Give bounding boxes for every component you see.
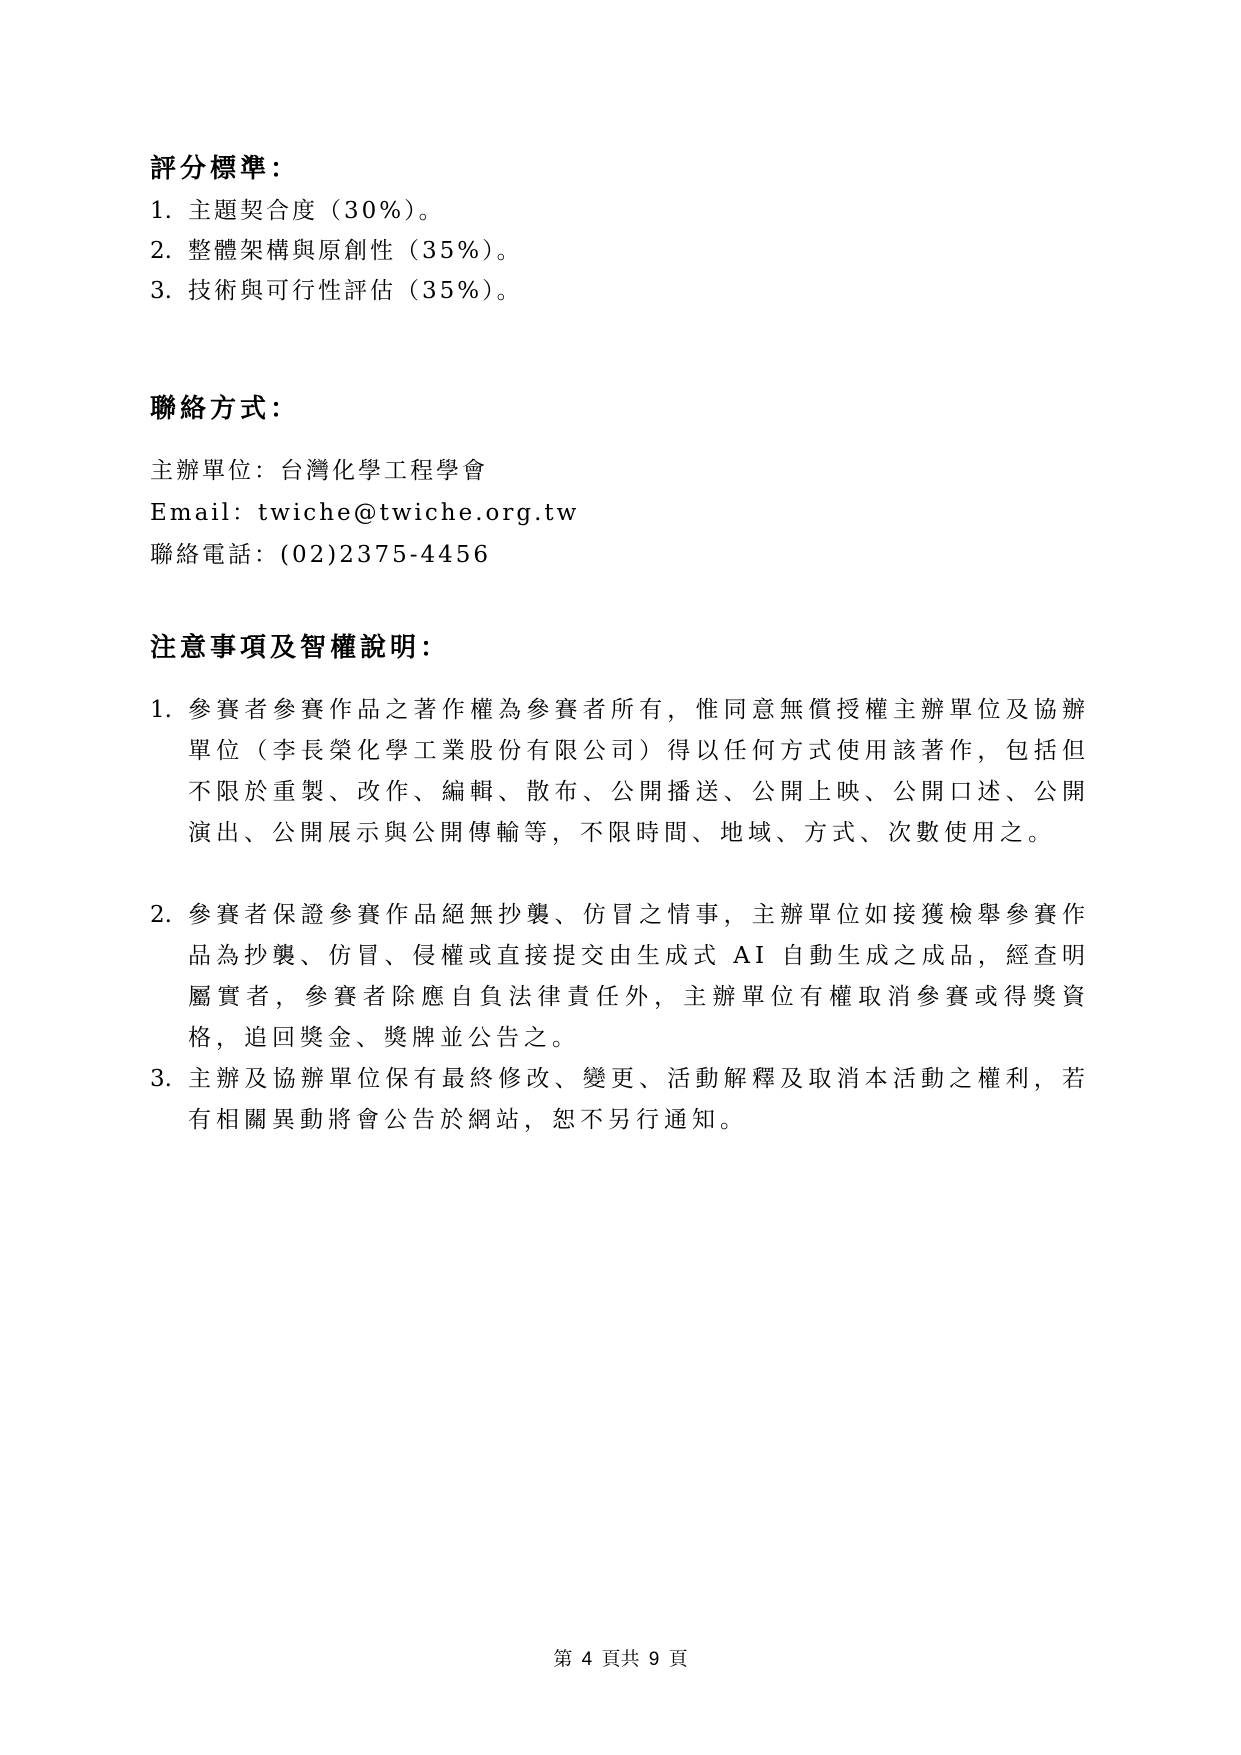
list-number: 3.: [150, 1059, 172, 1100]
list-text: 參賽者保證參賽作品絕無抄襲、仿冒之情事，主辦單位如接獲檢舉參賽作品為抄襲、仿冒、…: [188, 895, 1090, 1059]
contact-phone: 聯絡電話：(02)2375-4456: [150, 539, 491, 571]
document-page: 評分標準： 1.主題契合度（30%）。 2.整體架構與原創性（35%）。 3.技…: [0, 0, 1241, 1755]
notes-heading: 注意事項及智權說明：: [150, 631, 450, 665]
list-text: 主辦及協辦單位保有最終修改、變更、活動解釋及取消本活動之權利，若有相關異動將會公…: [188, 1059, 1090, 1141]
page-footer: 第 4 頁共 9 頁: [0, 1648, 1241, 1672]
list-number: 1.: [150, 690, 172, 731]
list-text: 技術與可行性評估（35%）。: [188, 278, 523, 304]
scoring-item-3: 3.技術與可行性評估（35%）。: [150, 275, 523, 307]
contact-email[interactable]: Email：twiche@twiche.org.tw: [150, 497, 579, 529]
list-text: 參賽者參賽作品之著作權為參賽者所有，惟同意無償授權主辦單位及協辦單位（李長榮化學…: [188, 690, 1090, 854]
list-text: 整體架構與原創性（35%）。: [188, 238, 523, 264]
list-number: 2.: [150, 235, 188, 267]
notes-item-2: 2. 參賽者保證參賽作品絕無抄襲、仿冒之情事，主辦單位如接獲檢舉參賽作品為抄襲、…: [150, 895, 1090, 1059]
footer-middle: 頁共: [601, 1649, 639, 1670]
total-pages-number: 9: [649, 1649, 660, 1670]
contact-heading: 聯絡方式：: [150, 392, 300, 426]
scoring-item-1: 1.主題契合度（30%）。: [150, 195, 445, 227]
footer-suffix: 頁: [669, 1649, 688, 1670]
notes-item-1: 1. 參賽者參賽作品之著作權為參賽者所有，惟同意無償授權主辦單位及協辦單位（李長…: [150, 690, 1090, 854]
contact-organizer: 主辦單位：台灣化學工程學會: [150, 455, 488, 487]
footer-prefix: 第: [553, 1649, 572, 1670]
scoring-item-2: 2.整體架構與原創性（35%）。: [150, 235, 523, 267]
notes-item-3: 3. 主辦及協辦單位保有最終修改、變更、活動解釋及取消本活動之權利，若有相關異動…: [150, 1059, 1090, 1141]
scoring-heading: 評分標準：: [150, 152, 300, 186]
current-page-number: 4: [582, 1649, 593, 1670]
list-text: 主題契合度（30%）。: [188, 198, 445, 224]
list-number: 3.: [150, 275, 188, 307]
list-number: 1.: [150, 195, 188, 227]
list-number: 2.: [150, 895, 172, 936]
